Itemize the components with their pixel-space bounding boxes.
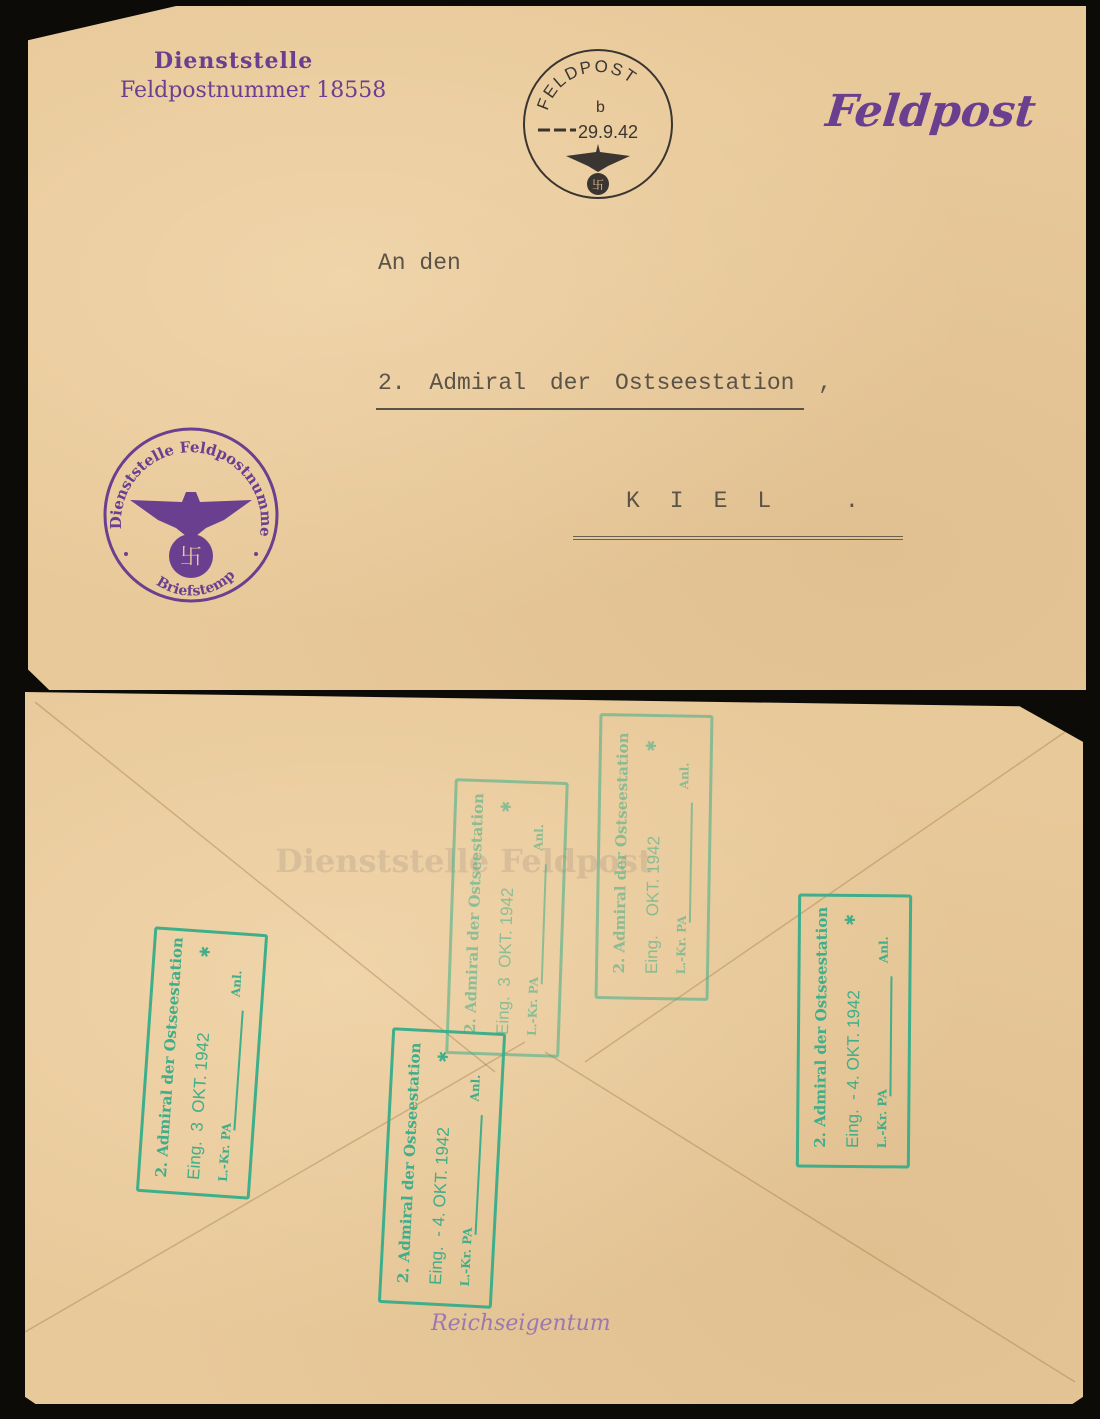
receipt-stamp: 2. Admiral der Ostseestation Eing. 3 OKT… <box>136 926 268 1199</box>
star-icon: ✱ <box>197 945 215 958</box>
recipient-underline <box>376 408 804 410</box>
svg-text:卐: 卐 <box>180 545 202 570</box>
svg-text:29.9.42: 29.9.42 <box>578 122 638 142</box>
star-icon: ✱ <box>843 914 860 926</box>
receipt-stamp: 2. Admiral der Ostseestation Eing. - 4. … <box>796 894 912 1169</box>
svg-text:卐: 卐 <box>592 178 604 192</box>
feldpost-label: Feldpost <box>823 86 1038 137</box>
receipt-stamp: 2. Admiral der Ostseestation Eing. OKT. … <box>595 713 714 1001</box>
sender-stamp-title: Dienststelle <box>154 48 313 74</box>
svg-text:FELDPOST: FELDPOST <box>533 57 641 113</box>
envelope-front: Dienststelle Feldpostnummer 18558 FELDPO… <box>28 6 1086 690</box>
sender-stamp-number: Feldpostnummer 18558 <box>120 78 386 103</box>
receipt-stamp: 2. Admiral der Ostseestation Eing. - 4. … <box>378 1027 506 1309</box>
star-icon: ✱ <box>499 801 516 813</box>
address-city: KIEL . <box>626 488 889 514</box>
reichseigentum-stamp: Reichseigentum <box>431 1311 611 1336</box>
envelope-back: Dienststelle Feldpost 2. Admiral der Ost… <box>25 692 1083 1404</box>
address-salutation: An den <box>378 250 461 276</box>
feldpost-postmark: FELDPOST b 29.9.42 卐 <box>518 44 678 204</box>
receipt-stamp: 2. Admiral der Ostseestation Eing. 3 OKT… <box>445 778 569 1058</box>
official-seal: Dienststelle Feldpostnummer 18558 Briefs… <box>100 424 282 606</box>
address-recipient: 2. Admiral der Ostseestation , <box>378 370 832 396</box>
city-underline <box>573 536 903 540</box>
svg-text:b: b <box>596 99 605 116</box>
star-icon: ✱ <box>644 740 661 752</box>
